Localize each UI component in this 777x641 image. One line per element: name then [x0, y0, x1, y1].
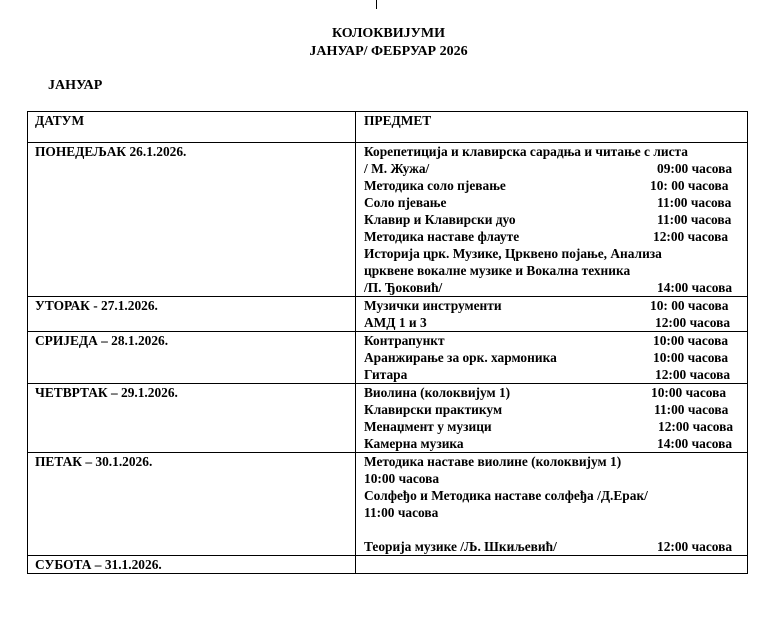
subject-line: Менаџмент у музици12:00 часова [364, 418, 747, 435]
subject-line: /П. Ђоковић/14:00 часова [364, 279, 747, 296]
subject-time: 10:00 часова [651, 384, 726, 401]
subject-name: Клавирски практикум [364, 402, 502, 417]
subject-name: Музички инструменти [364, 298, 502, 313]
subject-name: Аранжирање за орк. хармоника [364, 350, 557, 365]
subject-line: Соло пјевање11:00 часова [364, 194, 747, 211]
subject-name: / М. Жужа/ [364, 161, 429, 176]
subject-time: 14:00 часова [657, 435, 732, 452]
row-date: ПЕТАК – 30.1.2026. [28, 453, 356, 556]
subject-line: Солфеђо и Методика наставе солфеђа /Д.Ер… [364, 487, 747, 504]
subject-line: 10:00 часова [364, 470, 747, 487]
subject-line: Музички инструменти10: 00 часова [364, 297, 747, 314]
subject-time: 09:00 часова [657, 160, 732, 177]
subject-name: црквене вокалне музике и Вокална техника [364, 263, 630, 278]
row-date: УТОРАК - 27.1.2026. [28, 297, 356, 332]
row-subjects: Корепетиција и клавирска сарадња и читањ… [356, 143, 748, 297]
subject-line: црквене вокалне музике и Вокална техника [364, 262, 747, 279]
subject-line: Контрапункт10:00 часова [364, 332, 747, 349]
subject-time: 12:00 часова [657, 538, 732, 555]
document-title: КОЛОКВИЈУМИ [0, 26, 777, 42]
subject-line: Теорија музике /Љ. Шкиљевић/12:00 часова [364, 538, 747, 555]
header-date: ДАТУМ [28, 112, 356, 143]
subject-line: Гитара12:00 часова [364, 366, 747, 383]
subject-line: Методика наставе флауте12:00 часова [364, 228, 747, 245]
subject-line: Клавирски практикум11:00 часова [364, 401, 747, 418]
subject-time: 12:00 часова [655, 314, 730, 331]
subject-line [364, 521, 747, 538]
table-row: СУБОТА – 31.1.2026. [28, 556, 748, 574]
subject-time: 10:00 часова [653, 332, 728, 349]
table-row: УТОРАК - 27.1.2026.Музички инструменти10… [28, 297, 748, 332]
subject-name: Методика наставе флауте [364, 229, 519, 244]
subject-line: Аранжирање за орк. хармоника10:00 часова [364, 349, 747, 366]
subject-time: 14:00 часова [657, 279, 732, 296]
table-header-row: ДАТУМ ПРЕДМЕТ [28, 112, 748, 143]
subject-name: Соло пјевање [364, 195, 446, 210]
subject-time: 10:00 часова [653, 349, 728, 366]
subject-line: 11:00 часова [364, 504, 747, 521]
header-subject: ПРЕДМЕТ [356, 112, 748, 143]
subject-name: Контрапункт [364, 333, 445, 348]
subject-name: Менаџмент у музици [364, 419, 492, 434]
table-row: СРИЈЕДА – 28.1.2026.Контрапункт10:00 час… [28, 332, 748, 384]
subject-line: АМД 1 и 312:00 часова [364, 314, 747, 331]
table-row: ПЕТАК – 30.1.2026.Методика наставе виоли… [28, 453, 748, 556]
row-date: ЧЕТВРТАК – 29.1.2026. [28, 384, 356, 453]
row-subjects: Методика наставе виолине (колоквијум 1)1… [356, 453, 748, 556]
subject-name: Корепетиција и клавирска сарадња и читањ… [364, 144, 688, 159]
row-date: ПОНЕДЕЉАК 26.1.2026. [28, 143, 356, 297]
subject-time: 12:00 часова [653, 228, 728, 245]
table-row: ПОНЕДЕЉАК 26.1.2026.Корепетиција и клави… [28, 143, 748, 297]
subject-name: Виолина (колоквијум 1) [364, 385, 510, 400]
subject-line: Методика соло пјевање10: 00 часова [364, 177, 747, 194]
subject-line: Виолина (колоквијум 1)10:00 часова [364, 384, 747, 401]
subject-line: Корепетиција и клавирска сарадња и читањ… [364, 143, 747, 160]
row-subjects: Виолина (колоквијум 1)10:00 часоваКлавир… [356, 384, 748, 453]
subject-time: 11:00 часова [654, 401, 728, 418]
subject-time: 12:00 часова [655, 366, 730, 383]
subject-time: 11:00 часова [657, 211, 731, 228]
text-cursor [376, 0, 377, 9]
document-subtitle: ЈАНУАР/ ФЕБРУАР 2026 [0, 44, 777, 60]
table-row: ЧЕТВРТАК – 29.1.2026.Виолина (колоквијум… [28, 384, 748, 453]
subject-name: /П. Ђоковић/ [364, 280, 442, 295]
subject-name: Теорија музике /Љ. Шкиљевић/ [364, 539, 557, 554]
row-subjects: Музички инструменти10: 00 часоваАМД 1 и … [356, 297, 748, 332]
subject-time: 11:00 часова [657, 194, 731, 211]
subject-name: Методика соло пјевање [364, 178, 506, 193]
subject-name: Гитара [364, 367, 407, 382]
subject-time: 10: 00 часова [650, 297, 728, 314]
colloquium-schedule-table: ДАТУМ ПРЕДМЕТ ПОНЕДЕЉАК 26.1.2026.Корепе… [27, 111, 748, 574]
subject-name: Методика наставе виолине (колоквијум 1) [364, 454, 621, 469]
subject-line: Историја црк. Музике, Црквено појање, Ан… [364, 245, 747, 262]
subject-name: АМД 1 и 3 [364, 315, 427, 330]
subject-line: Клавир и Клавирски дуо11:00 часова [364, 211, 747, 228]
row-date: СРИЈЕДА – 28.1.2026. [28, 332, 356, 384]
row-subjects: Контрапункт10:00 часоваАранжирање за орк… [356, 332, 748, 384]
subject-line: / М. Жужа/09:00 часова [364, 160, 747, 177]
subject-name: Историја црк. Музике, Црквено појање, Ан… [364, 246, 662, 261]
subject-line: Камерна музика14:00 часова [364, 435, 747, 452]
subject-name: Камерна музика [364, 436, 464, 451]
row-date: СУБОТА – 31.1.2026. [28, 556, 356, 574]
subject-name: Солфеђо и Методика наставе солфеђа /Д.Ер… [364, 488, 648, 503]
row-subjects [356, 556, 748, 574]
subject-line: Методика наставе виолине (колоквијум 1) [364, 453, 747, 470]
month-heading: ЈАНУАР [48, 78, 102, 94]
subject-time: 12:00 часова [658, 418, 733, 435]
subject-name: 11:00 часова [364, 505, 438, 520]
subject-name: Клавир и Клавирски дуо [364, 212, 516, 227]
subject-name: 10:00 часова [364, 471, 439, 486]
subject-time: 10: 00 часова [650, 177, 728, 194]
